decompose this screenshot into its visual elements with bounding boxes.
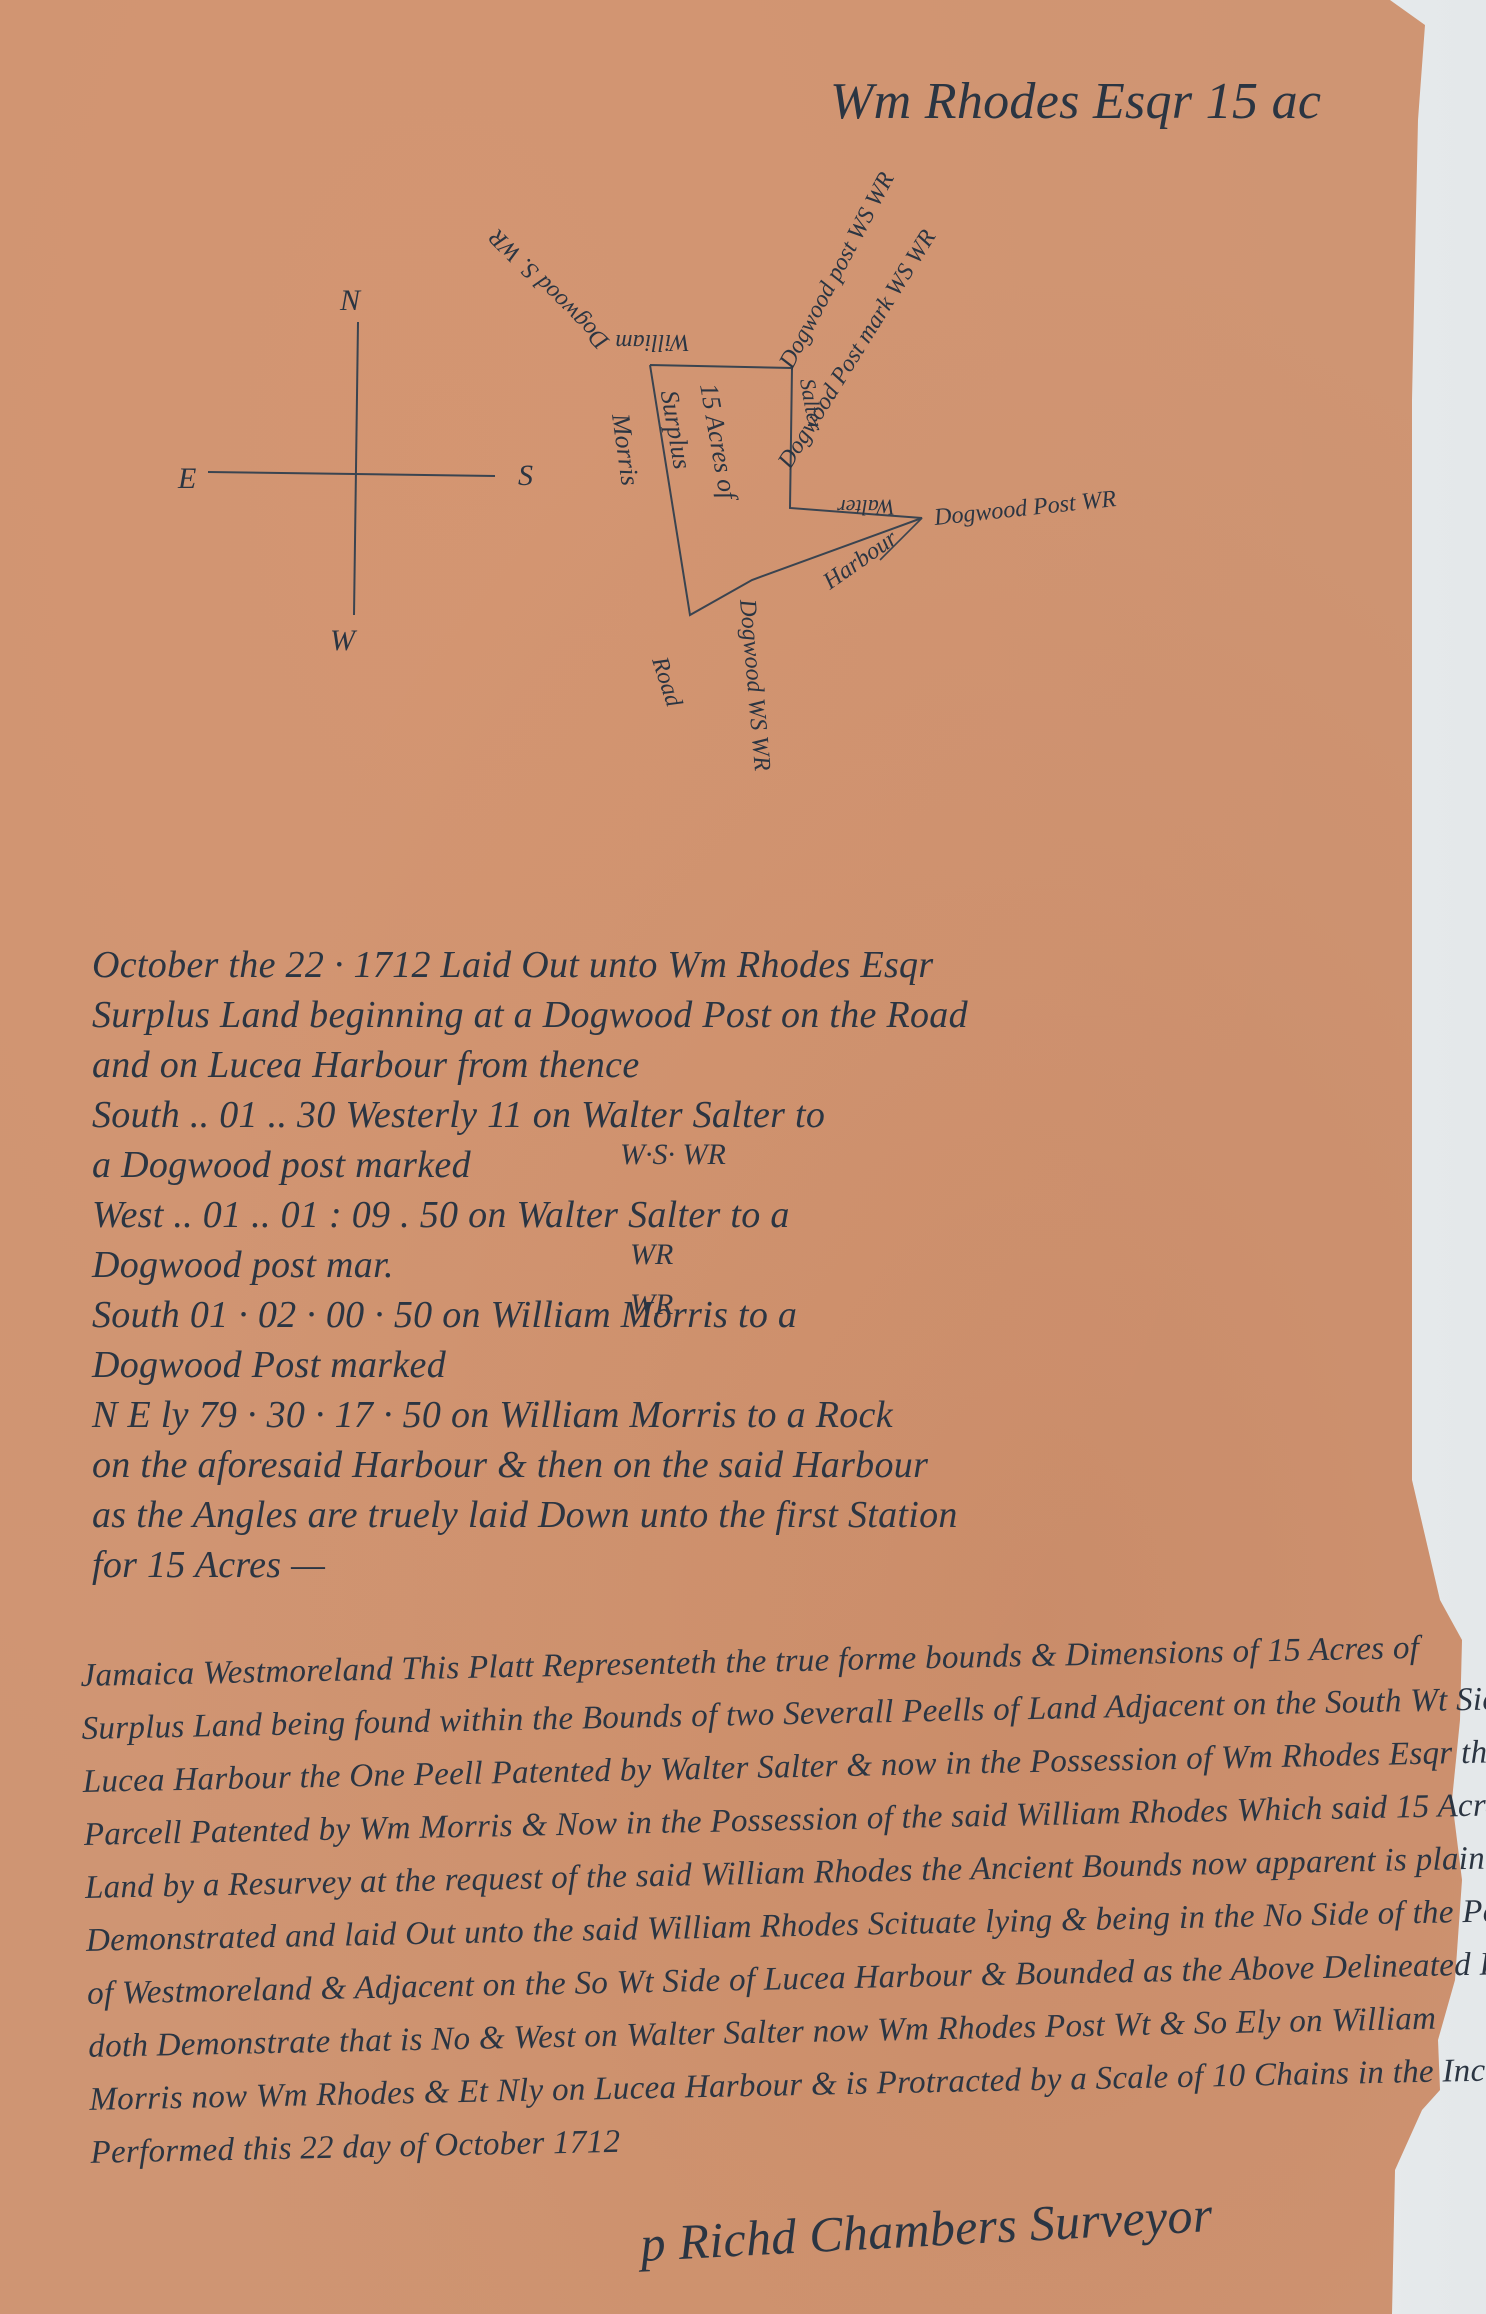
plat-label-william: William [615, 329, 690, 355]
survey-line: N E ly 79 · 30 · 17 · 50 on William Morr… [92, 1390, 968, 1440]
compass-south: W [330, 624, 358, 657]
survey-line: as the Angles are truely laid Down unto … [92, 1490, 968, 1540]
certification-text: Jamaica Westmoreland This Platt Represen… [80, 1622, 1451, 2180]
compass-west: E [177, 462, 196, 495]
boundary-mark: WR [630, 1238, 673, 1272]
survey-line: West .. 01 .. 01 : 09 . 50 on Walter Sal… [92, 1190, 968, 1240]
compass-north: N [339, 284, 362, 317]
survey-line: Dogwood Post marked [92, 1340, 968, 1390]
survey-line: South 01 · 02 · 00 · 50 on William Morri… [92, 1290, 968, 1340]
plat-label-walter: Walter [837, 495, 895, 520]
survey-line: and on Lucea Harbour from thence [92, 1040, 968, 1090]
compass-east: S [518, 459, 533, 492]
plat-label-n-post: Dogwood post WS WR [774, 168, 900, 374]
survey-notes: October the 22 · 1712 Laid Out unto Wm R… [92, 940, 968, 1590]
compass-rose [208, 322, 495, 615]
survey-line: on the aforesaid Harbour & then on the s… [92, 1440, 968, 1490]
plat-label-e-post: Dogwood Post WR [932, 486, 1118, 531]
survey-line: a Dogwood post marked [92, 1140, 968, 1190]
plat-label-morris: Morris [606, 411, 645, 488]
survey-line: South .. 01 .. 30 Westerly 11 on Walter … [92, 1090, 968, 1140]
plat-label-harbour: Harbour [818, 525, 903, 595]
plat-center-label-1: 15 Acres of [694, 381, 744, 505]
plat-boundary [650, 365, 922, 615]
plat-label-nw-post: Dogwood S. WR [484, 224, 615, 355]
boundary-mark: W·S· WR [620, 1138, 726, 1172]
plat-diagram: N S E W 15 Acres of Surplus Morris Willi… [0, 0, 1486, 900]
boundary-mark: WR [630, 1288, 673, 1322]
survey-line: Dogwood post mar. [92, 1240, 968, 1290]
survey-line: Surplus Land beginning at a Dogwood Post… [92, 990, 968, 1040]
plat-label-south-post: Dogwood WS WR [734, 597, 775, 772]
survey-line: for 15 Acres — [92, 1540, 968, 1590]
plat-label-road: Road [646, 653, 687, 711]
survey-line: October the 22 · 1712 Laid Out unto Wm R… [92, 940, 968, 990]
